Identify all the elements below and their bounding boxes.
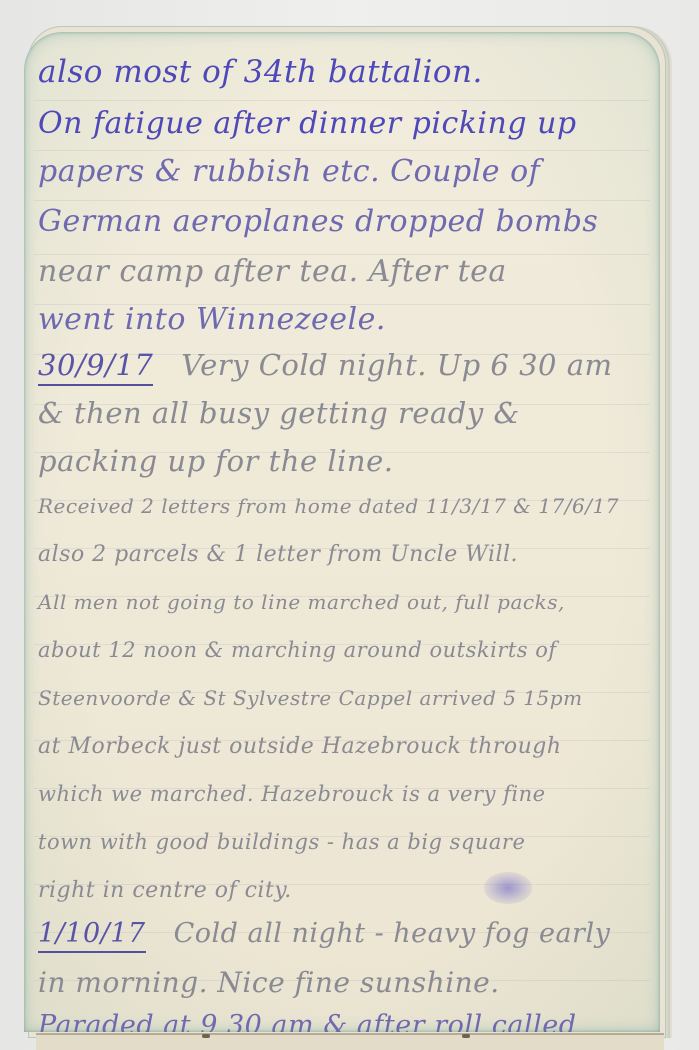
diary-line: also 2 parcels & 1 letter from Uncle Wil… (38, 542, 646, 567)
binding-stitch (202, 1034, 210, 1038)
ruled-line (34, 100, 650, 101)
diary-line: near camp after tea. After tea (38, 254, 646, 289)
entry-date: 30/9/17 (38, 348, 153, 386)
diary-line: packing up for the line. (38, 444, 646, 478)
ink-smudge (484, 872, 532, 904)
diary-line: Received 2 letters from home dated 11/3/… (38, 494, 646, 518)
diary-page: also most of 34th battalion. On fatigue … (24, 32, 660, 1032)
diary-entry-30-9-17: 30/9/17Very Cold night. Up 6 30 am (38, 348, 646, 386)
diary-line: papers & rubbish etc. Couple of (38, 154, 646, 189)
diary-line: Very Cold night. Up 6 30 am (181, 348, 612, 382)
diary-line: All men not going to line marched out, f… (38, 590, 646, 614)
diary-line: at Morbeck just outside Hazebrouck throu… (38, 734, 646, 759)
binding-stitch (462, 1034, 470, 1038)
diary-line: town with good buildings - has a big squ… (38, 830, 646, 854)
diary-line: about 12 noon & marching around outskirt… (38, 638, 646, 662)
diary-line: Steenvoorde & St Sylvestre Cappel arrive… (38, 686, 646, 710)
ruled-line (34, 200, 650, 201)
diary-line: went into Winnezeele. (38, 302, 646, 337)
entry-date: 1/10/17 (38, 918, 146, 953)
diary-line: Paraded at 9 30 am & after roll called (38, 1010, 646, 1032)
diary-line: & then all busy getting ready & (38, 396, 646, 430)
diary-line: which we marched. Hazebrouck is a very f… (38, 782, 646, 806)
diary-line: also most of 34th battalion. (38, 54, 646, 90)
diary-line: German aeroplanes dropped bombs (38, 204, 646, 239)
diary-line: in morning. Nice fine sunshine. (38, 966, 646, 999)
diary-line: On fatigue after dinner picking up (38, 106, 646, 141)
diary-entry-1-10-17: 1/10/17Cold all night - heavy fog early (38, 918, 646, 953)
ruled-line (34, 150, 650, 151)
next-page-edge (36, 1033, 664, 1050)
diary-line: Cold all night - heavy fog early (174, 918, 611, 949)
diary-line: right in centre of city. (38, 878, 646, 903)
